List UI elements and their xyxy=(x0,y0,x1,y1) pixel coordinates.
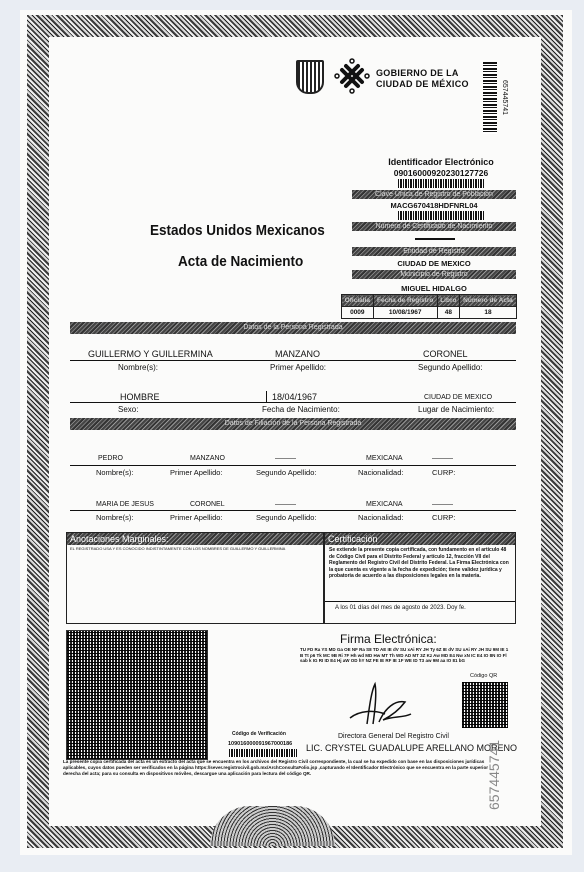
bottom-rosette-ornament xyxy=(210,806,335,846)
curp-label: CURP: xyxy=(432,513,455,522)
names-label: Nombre(s): xyxy=(96,513,134,522)
first-surname-label: Primer Apellido: xyxy=(170,513,223,522)
government-name: GOBIERNO DE LA CIUDAD DE MÉXICO xyxy=(376,68,469,90)
header-office: Oficialía xyxy=(342,295,374,307)
qr-label: Código QR xyxy=(470,673,497,679)
divider xyxy=(70,465,516,466)
stamp-serial: 657445741 xyxy=(486,740,502,810)
certification-title: Certificación xyxy=(325,533,515,545)
verification-barcode xyxy=(229,749,297,757)
parent-first-surname: CORONEL xyxy=(190,501,225,508)
birth-date-label: Fecha de Nacimiento: xyxy=(262,405,340,414)
registrant-band: Datos de la Persona Registrada xyxy=(70,322,516,334)
header-book: Libro xyxy=(437,295,459,307)
second-surname-label: Segundo Apellido: xyxy=(256,468,316,477)
parent-first-surname: MANZANO xyxy=(190,455,225,462)
parent-curp: ——— xyxy=(432,455,453,462)
registrant-second-surname: CORONEL xyxy=(423,349,468,359)
annotations-text: EL REGISTRADO USA Y ES CONOCIDO INDISTIN… xyxy=(67,545,323,553)
verification-code-label: Código de Verificación xyxy=(232,731,286,737)
country-title: Estados Unidos Mexicanos xyxy=(150,222,325,239)
parent-names: MARIA DE JESUS xyxy=(96,501,154,508)
second-surname-label: Segundo Apellido: xyxy=(418,363,483,372)
identifier-barcode xyxy=(398,179,484,188)
curp-band: Clave Única de Registro de Población xyxy=(352,190,516,199)
birth-place-label: Lugar de Nacimiento: xyxy=(418,405,494,414)
curp-barcode xyxy=(398,211,484,220)
certification-text: Se extiende la presente copia certificad… xyxy=(325,545,515,582)
registrant-birth-date: 18/04/1967 xyxy=(272,392,317,402)
parent-nationality: MEXICANA xyxy=(366,455,403,462)
legal-footer-text: La presente copia certificada del acta e… xyxy=(63,759,501,777)
nationality-label: Nacionalidad: xyxy=(358,468,403,477)
document-title: Acta de Nacimiento xyxy=(178,253,303,270)
registrant-sex: HOMBRE xyxy=(120,392,160,402)
registrant-names: GUILLERMO Y GUILLERMINA xyxy=(88,349,213,359)
vertical-serial: 657445741 xyxy=(501,80,508,115)
divider xyxy=(325,601,515,602)
electronic-identifier-title: Identificador Electrónico xyxy=(366,157,516,167)
divider xyxy=(70,360,516,361)
parent-nationality: MEXICANA xyxy=(366,501,403,508)
divider xyxy=(266,391,267,402)
verification-qr-code xyxy=(66,630,208,760)
divider xyxy=(70,402,516,403)
cdmx-coat-of-arms-icon xyxy=(296,60,324,94)
signature-scribble-icon xyxy=(345,680,415,730)
entity-band: Entidad de Registro xyxy=(352,247,516,256)
divider xyxy=(70,510,516,511)
parent-second-surname: ——— xyxy=(275,501,296,508)
registry-table-row: 0009 10/08/1967 48 18 xyxy=(342,307,517,319)
registrant-birth-place: CIUDAD DE MEXICO xyxy=(424,394,492,401)
parent-names: PEDRO xyxy=(98,455,123,462)
verification-code: 109016000091967000186 xyxy=(228,741,292,747)
sex-label: Sexo: xyxy=(118,405,138,414)
gov-line-1: GOBIERNO DE LA xyxy=(376,68,469,79)
annotations-title: Anotaciones Marginales: xyxy=(67,533,323,545)
act-number-value: 18 xyxy=(459,307,516,319)
certificate-number-empty xyxy=(415,238,455,240)
cdmx-knot-logo-icon xyxy=(334,58,370,94)
certification-box: Certificación Se extiende la presente co… xyxy=(324,532,516,624)
electronic-identifier-number: 09016000920230127726 xyxy=(366,168,516,178)
municipality-value: MIGUEL HIDALGO xyxy=(352,284,516,293)
director-title: Directora General Del Registro Civil xyxy=(338,733,449,740)
registry-table: Oficialía Fecha de Registro Libro Número… xyxy=(341,294,517,319)
parents-band: Datos de Filiación de la Persona Registr… xyxy=(70,418,516,430)
gov-line-2: CIUDAD DE MÉXICO xyxy=(376,79,469,90)
certification-date: A los 01 días del mes de agosto de 2023.… xyxy=(335,605,466,611)
office-value: 0009 xyxy=(342,307,374,319)
header-act-number: Número de Acta xyxy=(459,295,516,307)
entity-value: CIUDAD DE MEXICO xyxy=(352,259,516,268)
registry-table-header: Oficialía Fecha de Registro Libro Número… xyxy=(342,295,517,307)
names-label: Nombre(s): xyxy=(96,468,134,477)
marginal-annotations-box: Anotaciones Marginales: EL REGISTRADO US… xyxy=(66,532,324,624)
small-qr-code xyxy=(462,682,508,728)
electronic-signature-title: Firma Electrónica: xyxy=(340,632,437,646)
vertical-barcode xyxy=(483,62,497,134)
first-surname-label: Primer Apellido: xyxy=(170,468,223,477)
curp-value: MACG670418HDFNRL04 xyxy=(352,201,516,210)
names-label: Nombre(s): xyxy=(118,363,158,372)
municipality-band: Municipio de Registro xyxy=(352,270,516,279)
registration-date-value: 10/08/1967 xyxy=(373,307,437,319)
first-surname-label: Primer Apellido: xyxy=(270,363,326,372)
parent-second-surname: ——— xyxy=(275,455,296,462)
second-surname-label: Segundo Apellido: xyxy=(256,513,316,522)
parent-curp: ——— xyxy=(432,501,453,508)
header-registration-date: Fecha de Registro xyxy=(373,295,437,307)
curp-label: CURP: xyxy=(432,468,455,477)
book-value: 48 xyxy=(437,307,459,319)
nationality-label: Nacionalidad: xyxy=(358,513,403,522)
certificate-number-band: Número de Certificado de Nacimiento xyxy=(352,222,516,231)
registrant-first-surname: MANZANO xyxy=(275,349,320,359)
electronic-signature-hash: TU FD Ra YS MD Ga OE NF Ra S8 TD AE IE d… xyxy=(300,647,510,664)
